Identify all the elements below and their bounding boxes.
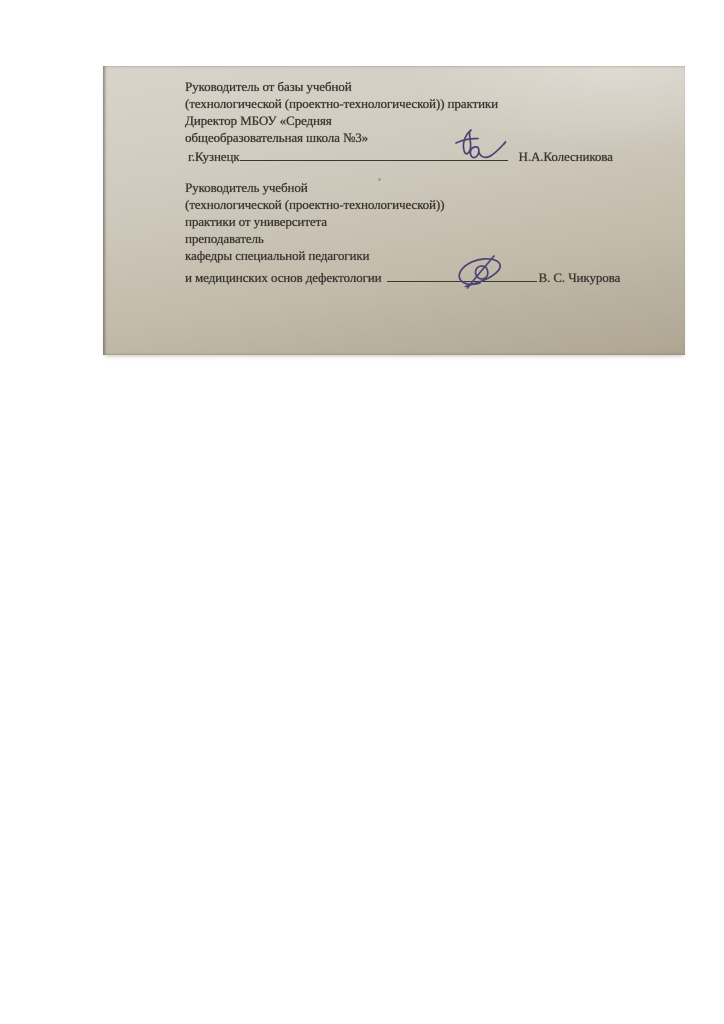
city-label: г.Кузнецк [188, 148, 240, 165]
signature-row: и медицинских основ дефектологииВ. С. Чи… [185, 269, 620, 286]
text-line: кафедры специальной педагогики [185, 247, 620, 264]
text-line: Директор МБОУ «Средняя [185, 112, 613, 129]
signature-row: г.КузнецкН.А.Колесникова [185, 148, 613, 165]
text-line: Руководитель учебной [185, 179, 620, 196]
scanned-paper-photo: Руководитель от базы учебной (технологич… [103, 66, 685, 355]
text-line: (технологической (проектно-технологическ… [185, 95, 613, 112]
university-practice-supervisor-block: Руководитель учебной (технологической (п… [185, 179, 620, 286]
signer-name: Н.А.Колесникова [519, 148, 613, 165]
signature-underline [387, 269, 537, 282]
signature-underline [240, 148, 508, 161]
base-practice-supervisor-block: Руководитель от базы учебной (технологич… [185, 78, 613, 165]
text-line: Руководитель от базы учебной [185, 78, 613, 95]
text-line: (технологической (проектно-технологическ… [185, 196, 620, 213]
document-page: Руководитель от базы учебной (технологич… [0, 0, 724, 1024]
text-line: практики от университета [185, 213, 620, 230]
text-line: преподаватель [185, 230, 620, 247]
department-label: и медицинских основ дефектологии [185, 269, 381, 286]
text-line: общеобразовательная школа №3» [185, 129, 613, 146]
signer-name: В. С. Чикурова [538, 269, 620, 286]
